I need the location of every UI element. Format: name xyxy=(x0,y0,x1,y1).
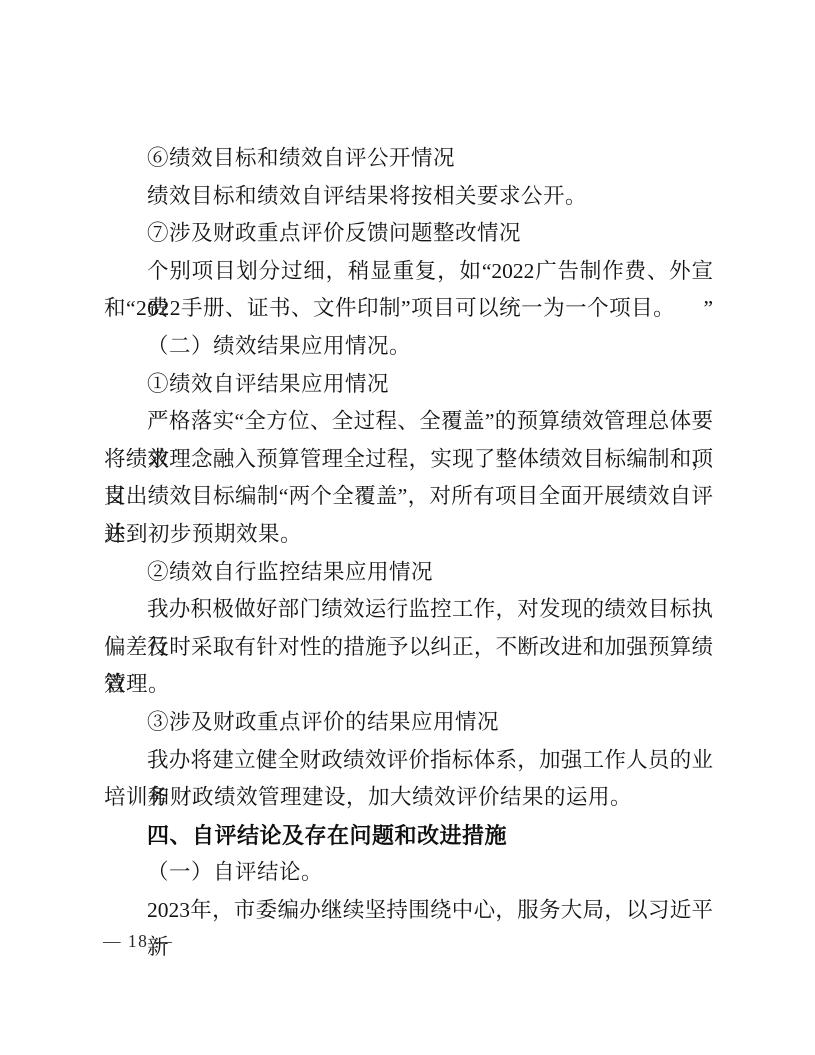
text-line: （一）自评结论。 xyxy=(104,854,713,892)
text-line: 我办将建立健全财政绩效评价指标体系，加强工作人员的业务 xyxy=(104,742,713,780)
text-line: 偏差及时采取有针对性的措施予以纠正，不断改进和加强预算绩效 xyxy=(104,629,713,667)
page-number: — 18 — xyxy=(103,927,173,955)
section-heading: 四、自评结论及存在问题和改进措施 xyxy=(104,817,713,855)
text-line: 支出绩效目标编制“两个全覆盖”，对所有项目全面开展绩效自评并 xyxy=(104,478,713,516)
text-line: 管理。 xyxy=(104,666,713,704)
text-line: 我办积极做好部门绩效运行监控工作，对发现的绩效目标执行 xyxy=(104,591,713,629)
text-line: 培训和财政绩效管理建设，加大绩效评价结果的运用。 xyxy=(104,779,713,817)
text-line: 严格落实“全方位、全过程、全覆盖”的预算绩效管理总体要求， xyxy=(104,403,713,441)
text-line: 2023年，市委编办继续坚持围绕中心，服务大局，以习近平新 xyxy=(104,892,713,930)
document-body: ⑥绩效目标和绩效自评公开情况绩效目标和绩效自评结果将按相关要求公开。⑦涉及财政重… xyxy=(104,140,713,929)
text-line: （二）绩效结果应用情况。 xyxy=(104,328,713,366)
text-line: ①绩效自评结果应用情况 xyxy=(104,366,713,404)
text-line: 和“2022手册、证书、文件印制”项目可以统一为一个项目。 xyxy=(104,290,713,328)
document-page: ⑥绩效目标和绩效自评公开情况绩效目标和绩效自评结果将按相关要求公开。⑦涉及财政重… xyxy=(0,0,815,1055)
text-line: ⑥绩效目标和绩效自评公开情况 xyxy=(104,140,713,178)
text-line: ⑦涉及财政重点评价反馈问题整改情况 xyxy=(104,215,713,253)
text-line: ②绩效自行监控结果应用情况 xyxy=(104,554,713,592)
text-line: 绩效目标和绩效自评结果将按相关要求公开。 xyxy=(104,178,713,216)
text-line: 将绩效理念融入预算管理全过程，实现了整体绩效目标编制和项目 xyxy=(104,441,713,479)
text-line: 个别项目划分过细，稍显重复，如“2022广告制作费、外宣费” xyxy=(104,253,713,291)
text-line: ③涉及财政重点评价的结果应用情况 xyxy=(104,704,713,742)
text-line: 达到初步预期效果。 xyxy=(104,516,713,554)
